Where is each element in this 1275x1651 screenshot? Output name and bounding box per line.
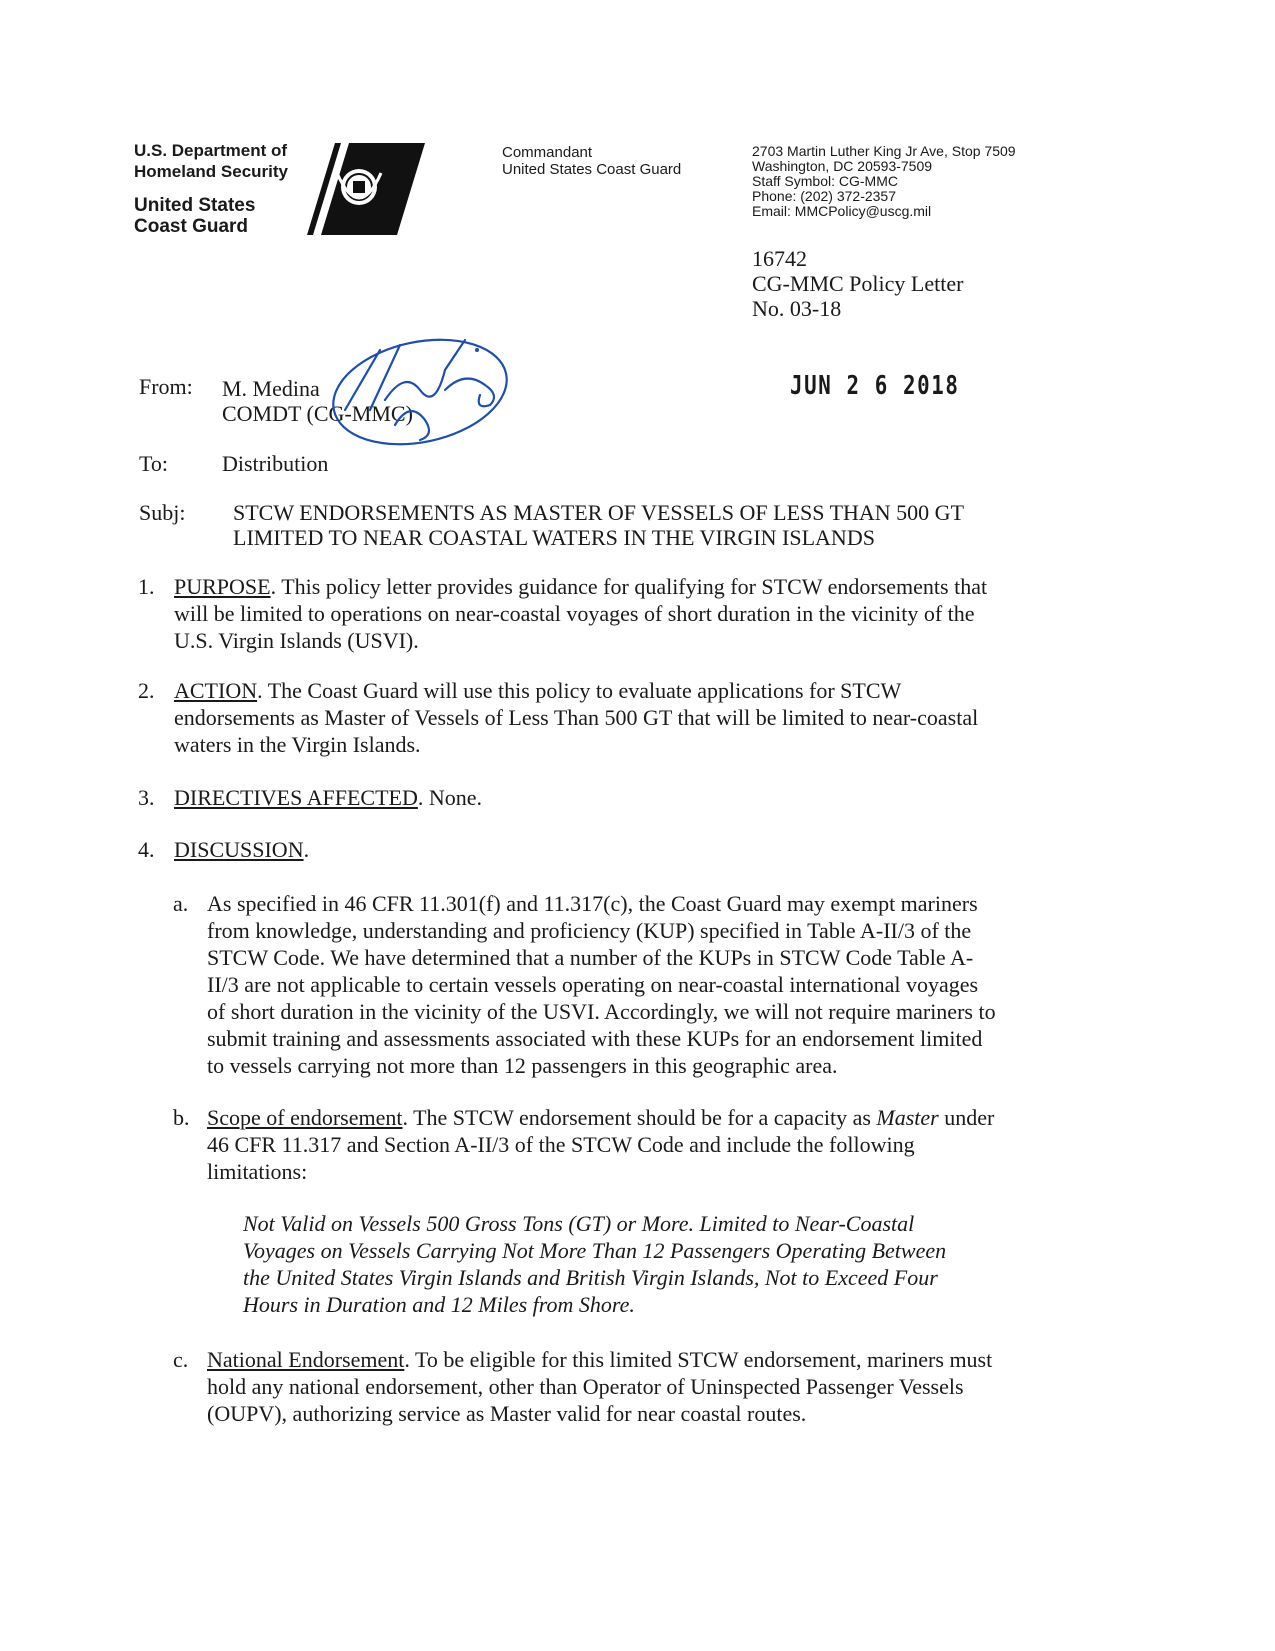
section-text: will be limited to operations on near-co… [174, 600, 1078, 627]
section-number: 3. [138, 784, 155, 811]
section-discussion: 4. DISCUSSION. [138, 836, 1078, 863]
coast-guard-emblem-icon [297, 143, 425, 235]
endorsement-limitation-quote: Not Valid on Vessels 500 Gross Tons (GT)… [243, 1210, 1073, 1318]
subject-line-1: STCW ENDORSEMENTS AS MASTER OF VESSELS O… [233, 500, 1053, 525]
quote-line: the United States Virgin Islands and Bri… [243, 1264, 1073, 1291]
subsection-letter: b. [173, 1104, 190, 1131]
policy-letter-label: CG-MMC Policy Letter [752, 271, 963, 296]
quote-line: Not Valid on Vessels 500 Gross Tons (GT)… [243, 1210, 1073, 1237]
date-stamp: JUN 2 6 2018 [790, 371, 959, 401]
subsection-text: under [939, 1105, 995, 1130]
subsection-text-italic: Master [876, 1105, 938, 1130]
subsection-text: (OUPV), authorizing service as Master va… [207, 1400, 1073, 1427]
subject-line-2: LIMITED TO NEAR COASTAL WATERS IN THE VI… [233, 525, 1053, 550]
section-number: 4. [138, 836, 155, 863]
from-label: From: [139, 374, 193, 400]
discussion-c: c. National Endorsement. To be eligible … [173, 1346, 1073, 1427]
section-text: waters in the Virgin Islands. [174, 731, 1078, 758]
subsection-text: submit training and assessments associat… [207, 1025, 1073, 1052]
address-street: 2703 Martin Luther King Jr Ave, Stop 750… [752, 144, 1016, 159]
subsection-text: As specified in 46 CFR 11.301(f) and 11.… [207, 890, 1073, 917]
office-line-1: Commandant [502, 144, 681, 161]
subsection-text: II/3 are not applicable to certain vesse… [207, 971, 1073, 998]
ssic: 16742 [752, 246, 963, 271]
department-name: U.S. Department of Homeland Security [134, 140, 288, 182]
subsection-text: 46 CFR 11.317 and Section A-II/3 of the … [207, 1131, 1073, 1158]
dept-line-2: Homeland Security [134, 161, 288, 182]
section-text: . This policy letter provides guidance f… [271, 574, 987, 599]
subsection-heading: National Endorsement [207, 1347, 404, 1372]
section-text: U.S. Virgin Islands (USVI). [174, 627, 1078, 654]
subsection-text: to vessels carrying not more than 12 pas… [207, 1052, 1073, 1079]
address-block: 2703 Martin Luther King Jr Ave, Stop 750… [752, 144, 1016, 219]
agency-name: United States Coast Guard [134, 195, 255, 237]
address-city: Washington, DC 20593-7509 [752, 159, 1016, 174]
subj-label: Subj: [139, 500, 185, 526]
section-heading: DISCUSSION [174, 837, 304, 862]
section-heading: DIRECTIVES AFFECTED [174, 785, 418, 810]
subsection-text: . The STCW endorsement should be for a c… [403, 1105, 877, 1130]
office-line-2: United States Coast Guard [502, 161, 681, 178]
quote-line: Hours in Duration and 12 Miles from Shor… [243, 1291, 1073, 1318]
discussion-b: b. Scope of endorsement. The STCW endors… [173, 1104, 1073, 1185]
section-number: 2. [138, 677, 155, 704]
agency-line-2: Coast Guard [134, 216, 255, 237]
section-text: . The Coast Guard will use this policy t… [257, 678, 901, 703]
phone: Phone: (202) 372-2357 [752, 189, 1016, 204]
subsection-text: STCW Code. We have determined that a num… [207, 944, 1073, 971]
policy-letter-number: No. 03-18 [752, 296, 963, 321]
subsection-text: . To be eligible for this limited STCW e… [404, 1347, 992, 1372]
dept-line-1: U.S. Department of [134, 140, 288, 161]
section-text: endorsements as Master of Vessels of Les… [174, 704, 1078, 731]
section-directives: 3. DIRECTIVES AFFECTED. None. [138, 784, 1078, 811]
section-heading: PURPOSE [174, 574, 271, 599]
subsection-text: of short duration in the vicinity of the… [207, 998, 1073, 1025]
subsection-letter: c. [173, 1346, 188, 1373]
agency-line-1: United States [134, 195, 255, 216]
section-number: 1. [138, 573, 155, 600]
subsection-text: from knowledge, understanding and profic… [207, 917, 1073, 944]
to-label: To: [139, 451, 168, 477]
section-text: . None. [418, 785, 482, 810]
section-text: . [304, 837, 310, 862]
subsection-text: hold any national endorsement, other tha… [207, 1373, 1073, 1400]
section-action: 2. ACTION. The Coast Guard will use this… [138, 677, 1078, 758]
section-heading: ACTION [174, 678, 257, 703]
quote-line: Voyages on Vessels Carrying Not More Tha… [243, 1237, 1073, 1264]
discussion-a: a. As specified in 46 CFR 11.301(f) and … [173, 890, 1073, 1079]
subsection-letter: a. [173, 890, 188, 917]
staff-symbol: Staff Symbol: CG-MMC [752, 174, 1016, 189]
email: Email: MMCPolicy@uscg.mil [752, 204, 1016, 219]
subject: STCW ENDORSEMENTS AS MASTER OF VESSELS O… [233, 500, 1053, 550]
handwritten-signature-icon [325, 330, 525, 450]
section-purpose: 1. PURPOSE. This policy letter provides … [138, 573, 1078, 654]
office-block: Commandant United States Coast Guard [502, 144, 681, 178]
subsection-text: limitations: [207, 1158, 1073, 1185]
reference-block: 16742 CG-MMC Policy Letter No. 03-18 [752, 246, 963, 321]
to-value: Distribution [222, 451, 328, 476]
subsection-heading: Scope of endorsement [207, 1105, 403, 1130]
